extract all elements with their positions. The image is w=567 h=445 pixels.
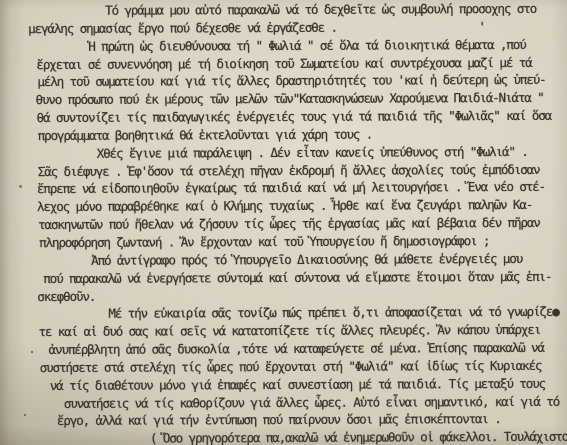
letter-line: Τό γράμμα μου αὐτό παρακαλῶ νά τό δεχθεῖ… bbox=[0, 0, 567, 20]
letter-line: μεγάλης σημασίας ἔργο πού δέχεσθε νά ἐργ… bbox=[0, 18, 567, 38]
letter-line: πληροφόρηση ζωντανή . Ἄν ἔρχονταν καί το… bbox=[1, 232, 567, 252]
letter-line: Χθές ἔγινε μιά παράλειψη . Δέν εἶταν καν… bbox=[1, 143, 567, 163]
letter-line: ἀνυπέρβλητη ἀπό σᾶς δυσκολία ,τότε νά κα… bbox=[1, 339, 567, 359]
letter-line: πού παρακαλῶ νά ἐνεργήσετε σύντομά καί σ… bbox=[1, 267, 567, 287]
letter-line: Ἀπό ἀντίγραφο πρός τό Ὑπουργεῖο Δικαιοσύ… bbox=[1, 250, 567, 270]
paper-speck bbox=[24, 414, 26, 416]
letter-line: συστήσετε στά στελέχη τίς ὧρες πού ἔρχον… bbox=[2, 357, 567, 377]
letter-line: νά τίς διαθέτουν μόνο γιά ἐπαφές καί συν… bbox=[2, 374, 567, 394]
letter-text-block: Τό γράμμα μου αὐτό παρακαλῶ νά τό δεχθεῖ… bbox=[0, 0, 567, 445]
scanned-letter-page: Τό γράμμα μου αὐτό παρακαλῶ νά τό δεχθεῖ… bbox=[0, 0, 567, 445]
letter-line: Ἡ πρώτη ὡς διευθύνουσα τή " Φωλιά " σέ ὅ… bbox=[0, 35, 567, 55]
letter-line: ( Ὅσο γρηγορότερα πα,ακαλῶ νά ἐνημερωθοῦ… bbox=[2, 428, 567, 445]
paper-speck bbox=[19, 185, 22, 188]
letter-line: θά συντονίζει τίς παιδαγωγικές ἐνέργειές… bbox=[0, 107, 567, 127]
paper-speck bbox=[31, 351, 33, 353]
